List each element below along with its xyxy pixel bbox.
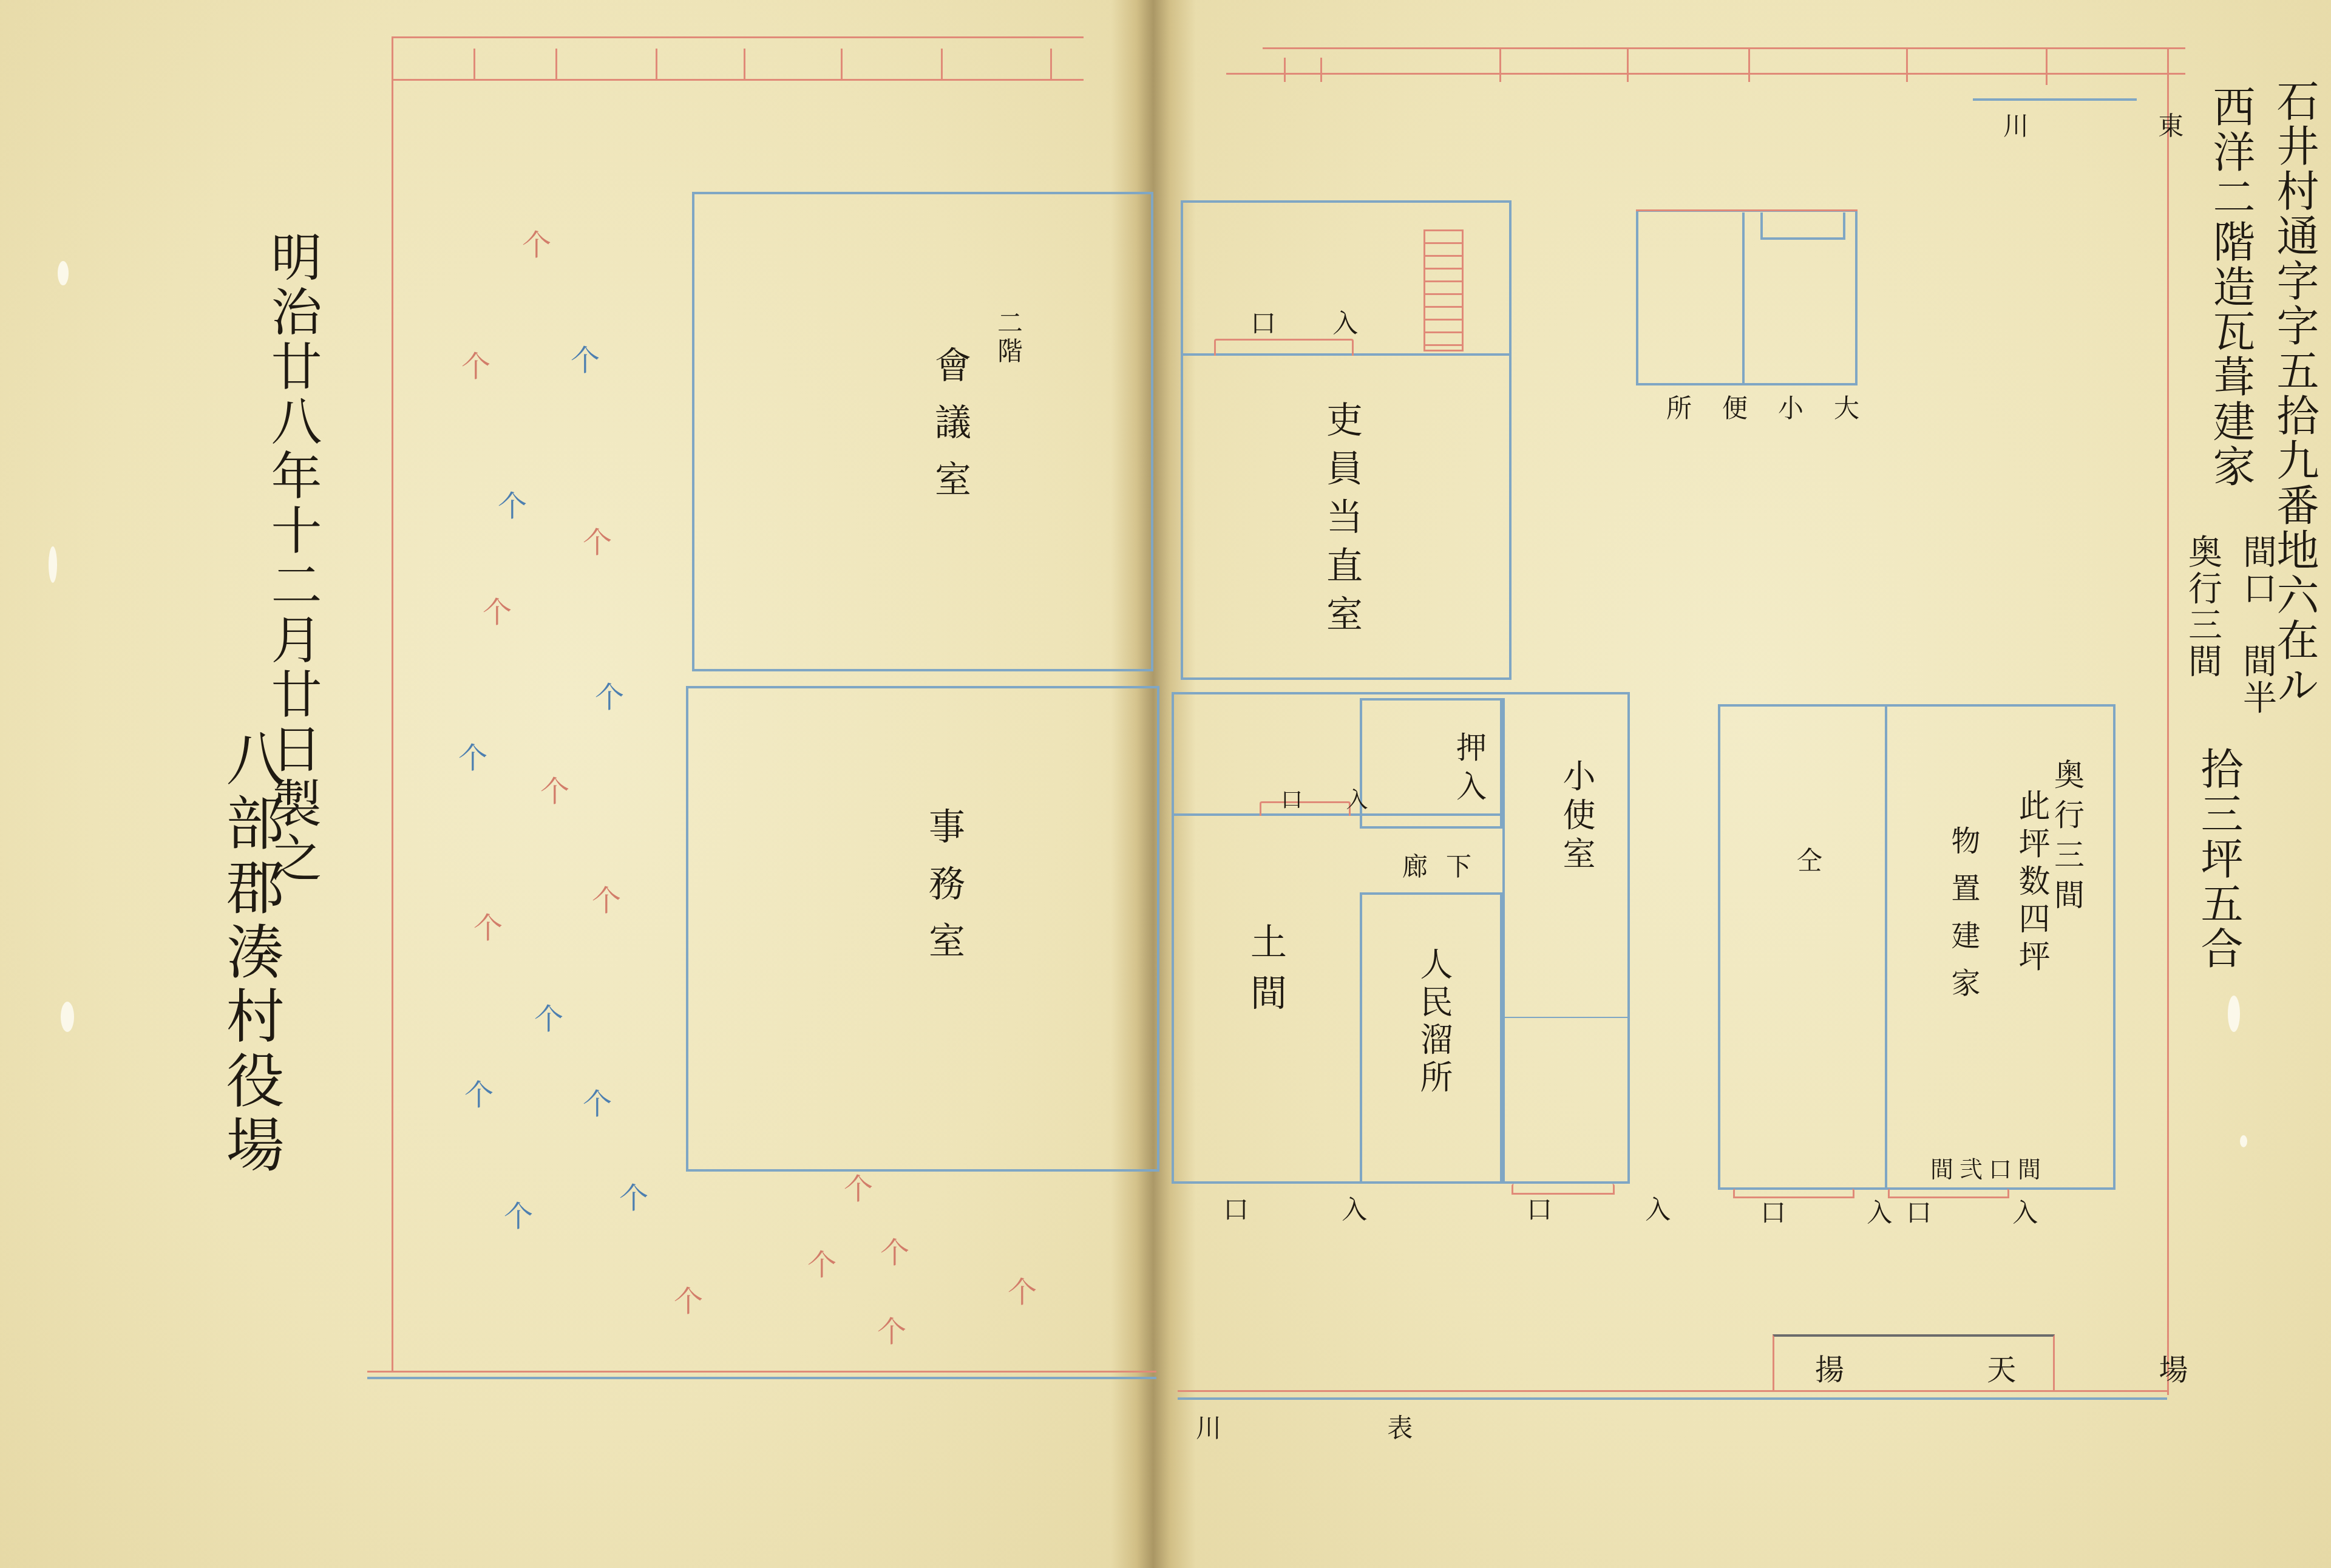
meeting-room-floor-label: 二階 [996,310,1021,365]
fence-tick [1748,49,1750,82]
tree-mark-icon: 个 [583,528,612,557]
area-inscription: 拾三坪五合 [2197,747,2240,971]
staircase [1423,229,1464,351]
closet-label: 押入 [1454,731,1484,809]
fence-tick [1627,49,1629,82]
tree-mark-icon: 个 [583,1090,612,1119]
tree-mark-icon: 个 [464,1081,494,1110]
fence-tick [473,49,475,80]
road-line-bottom-left [367,1377,1156,1379]
storehouse-frontage-label: 間口弐間 [1930,1150,2047,1184]
shed-right-entrance-label: 口 入 [1906,1193,2074,1229]
frontage-inscription: 間口 間半 [2240,534,2274,716]
tree-mark-icon: 个 [461,352,490,381]
depth-inscription: 奥行三間 [2185,534,2219,680]
corridor-label: 廊下 [1402,847,1490,883]
tree-mark-icon: 个 [522,231,551,260]
shed-right-door [1888,1189,2009,1198]
tree-mark-icon: 个 [504,1202,533,1231]
tree-mark-icon: 个 [540,777,569,806]
office-label: 事務室 [926,807,962,979]
janitor-entrance-label: 口 入 [1527,1190,1713,1226]
public-waiting-label: 人民溜所 [1417,947,1450,1098]
paper-damage [2228,996,2240,1032]
fence-tick [744,49,745,80]
top-river-label: 川 東 [2003,106,2244,143]
meeting-room-label: 會議室 [932,346,968,517]
river-bank-top [1973,98,2137,101]
property-boundary-left [392,36,393,1372]
fence-tick [841,49,843,80]
storehouse-left-ditto: 仝 [1797,841,1822,877]
storehouse-depth-label: 奥行三間 [2052,759,2082,919]
fence-tick [1320,58,1322,82]
paper-damage [49,546,57,583]
paper-damage [58,261,69,285]
janitor-room-partition [1502,1017,1630,1018]
tree-mark-icon: 个 [674,1287,703,1316]
tree-mark-icon: 个 [571,346,600,375]
meeting-room [692,192,1153,671]
janitor-entrance-door [1512,1184,1615,1195]
tree-mark-icon: 个 [844,1175,873,1204]
drying-ground-label: 揚 天 場 [1815,1346,2255,1388]
property-boundary-top [392,36,1084,38]
tree-mark-icon: 个 [458,744,487,773]
tree-mark-icon: 个 [483,598,512,627]
duty-room-label: 吏員当直室 [1323,401,1360,643]
storehouse-area-label: 此坪数四坪 [2015,789,2047,977]
fence-tick [1284,58,1286,82]
toilet-partition [1742,212,1745,385]
building-type-inscription: 西洋二階造瓦葺建家 [2210,85,2252,489]
storehouse-name-label: 物置建家 [1949,826,1978,1015]
paper-damage [61,1002,74,1032]
duty-room-entrance-label: 口 入 [1250,304,1382,340]
tree-mark-icon: 个 [534,1005,563,1034]
toilet-roof-line [1636,209,1858,211]
tree-mark-icon: 个 [595,683,624,712]
tree-mark-icon: 个 [619,1184,648,1213]
tree-mark-icon: 个 [877,1317,906,1346]
tree-mark-icon: 个 [592,886,621,915]
paper-damage [2240,1135,2247,1147]
janitor-room-label: 小使室 [1560,759,1593,875]
property-boundary-top-right [1226,73,2185,75]
storehouse-partition [1885,704,1887,1190]
property-boundary-bottom [367,1371,1156,1373]
village-office-inscription: 八部郡湊村役場 [222,728,280,1179]
fence-tick [1050,49,1052,80]
duty-room-entrance-door [1214,339,1354,356]
fence-tick [555,49,557,80]
bottom-river-label: 川 表 [1196,1408,1491,1445]
property-boundary-top-inner [392,79,1084,81]
property-boundary-right [2167,47,2169,1395]
closet-side-entrance-label: 口 入 [1281,783,1386,814]
fence-tick [941,49,943,80]
shed-left-door [1733,1189,1854,1198]
janitor-room-wall [1502,698,1505,1184]
tree-mark-icon: 个 [880,1238,909,1268]
fence-tick [656,49,657,80]
toilets-label: 大小便所 [1666,389,1890,425]
shed-left-entrance-label: 口 入 [1760,1193,1929,1229]
tree-mark-icon: 个 [473,914,503,943]
fence-tick [1499,49,1501,82]
tree-mark-icon: 个 [498,492,527,521]
tree-mark-icon: 个 [807,1251,836,1280]
tree-mark-icon: 个 [1008,1278,1037,1307]
main-entrance-label: 口 入 [1223,1190,1410,1226]
earthen-floor-label: 土間 [1247,923,1284,1025]
address-inscription: 石井村通字字五拾九番地六在ル [2273,79,2316,708]
urinal-trough [1760,212,1845,240]
road-line-bottom-right [1178,1397,2167,1400]
fence-tick [2046,49,2048,85]
fence-tick [1906,49,1908,82]
